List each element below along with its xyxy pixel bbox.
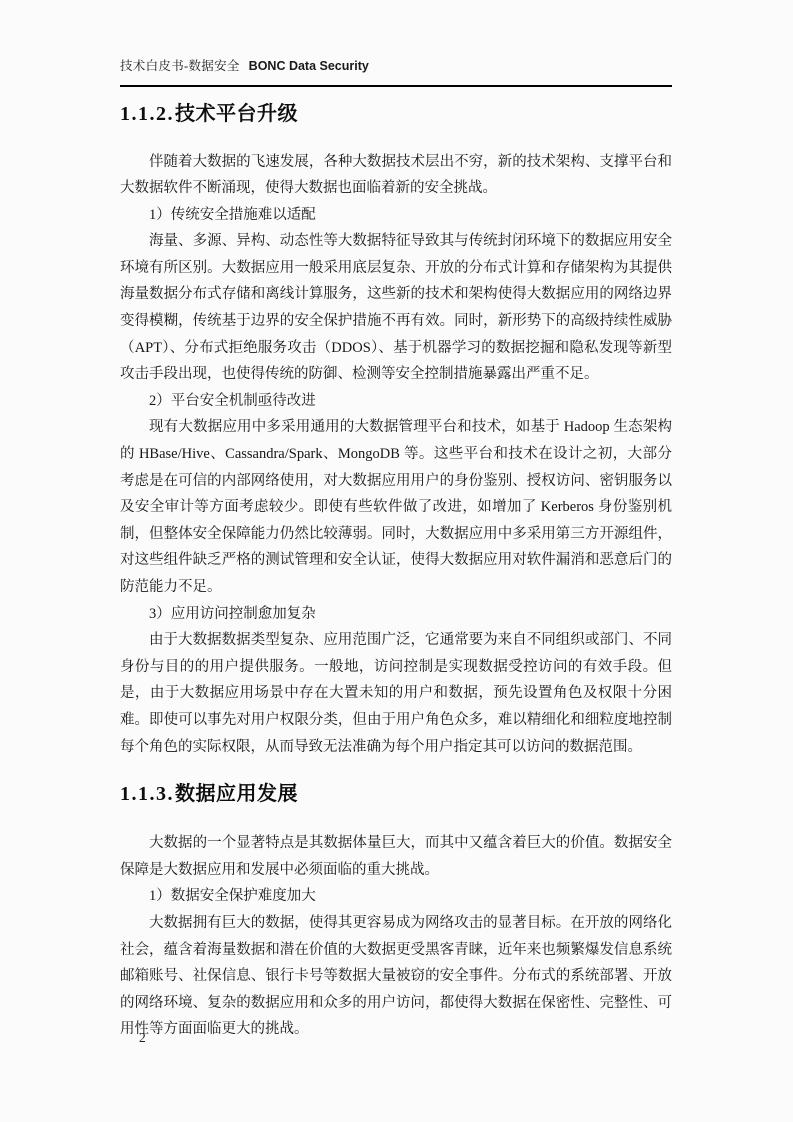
- numbered-item: 1）数据安全保护难度加大: [120, 883, 672, 910]
- paragraph: 由于大数据数据类型复杂、应用范围广泛，它通常要为来自不同组织或部门、不同身份与目…: [120, 627, 672, 760]
- numbered-item: 3）应用访问控制愈加复杂: [120, 601, 672, 628]
- section-number: 1.1.2.: [120, 103, 174, 125]
- page-header: 技术白皮书-数据安全BONC Data Security: [120, 57, 672, 75]
- header-title-en: BONC Data Security: [249, 59, 369, 73]
- numbered-item: 2）平台安全机制亟待改进: [120, 388, 672, 415]
- page-number: 2: [139, 1030, 146, 1046]
- section-number: 1.1.3.: [120, 783, 174, 805]
- paragraph: 伴随着大数据的飞速发展，各种大数据技术层出不穷，新的技术架构、支撑平台和大数据软…: [120, 149, 672, 202]
- section-heading-1-1-2: 1.1.2.技术平台升级: [120, 101, 672, 128]
- paragraph: 现有大数据应用中多采用通用的大数据管理平台和技术，如基于 Hadoop 生态架构…: [120, 414, 672, 600]
- section-title: 数据应用发展: [175, 783, 298, 805]
- paragraph: 海量、多源、异构、动态性等大数据特征导致其与传统封闭环境下的数据应用安全环境有所…: [120, 228, 672, 388]
- header-title-zh: 技术白皮书-数据安全: [120, 59, 240, 73]
- header-rule: [120, 85, 672, 87]
- numbered-item: 1）传统安全措施难以适配: [120, 202, 672, 229]
- section-heading-1-1-3: 1.1.3.数据应用发展: [120, 780, 672, 808]
- document-page: 技术白皮书-数据安全BONC Data Security 1.1.2.技术平台升…: [0, 0, 793, 1122]
- paragraph: 大数据的一个显著特点是其数据体量巨大，而其中又蕴含着巨大的价值。数据安全保障是大…: [120, 830, 672, 883]
- paragraph: 大数据拥有巨大的数据，使得其更容易成为网络攻击的显著目标。在开放的网络化社会，蕴…: [120, 910, 672, 1043]
- section-title: 技术平台升级: [175, 103, 298, 125]
